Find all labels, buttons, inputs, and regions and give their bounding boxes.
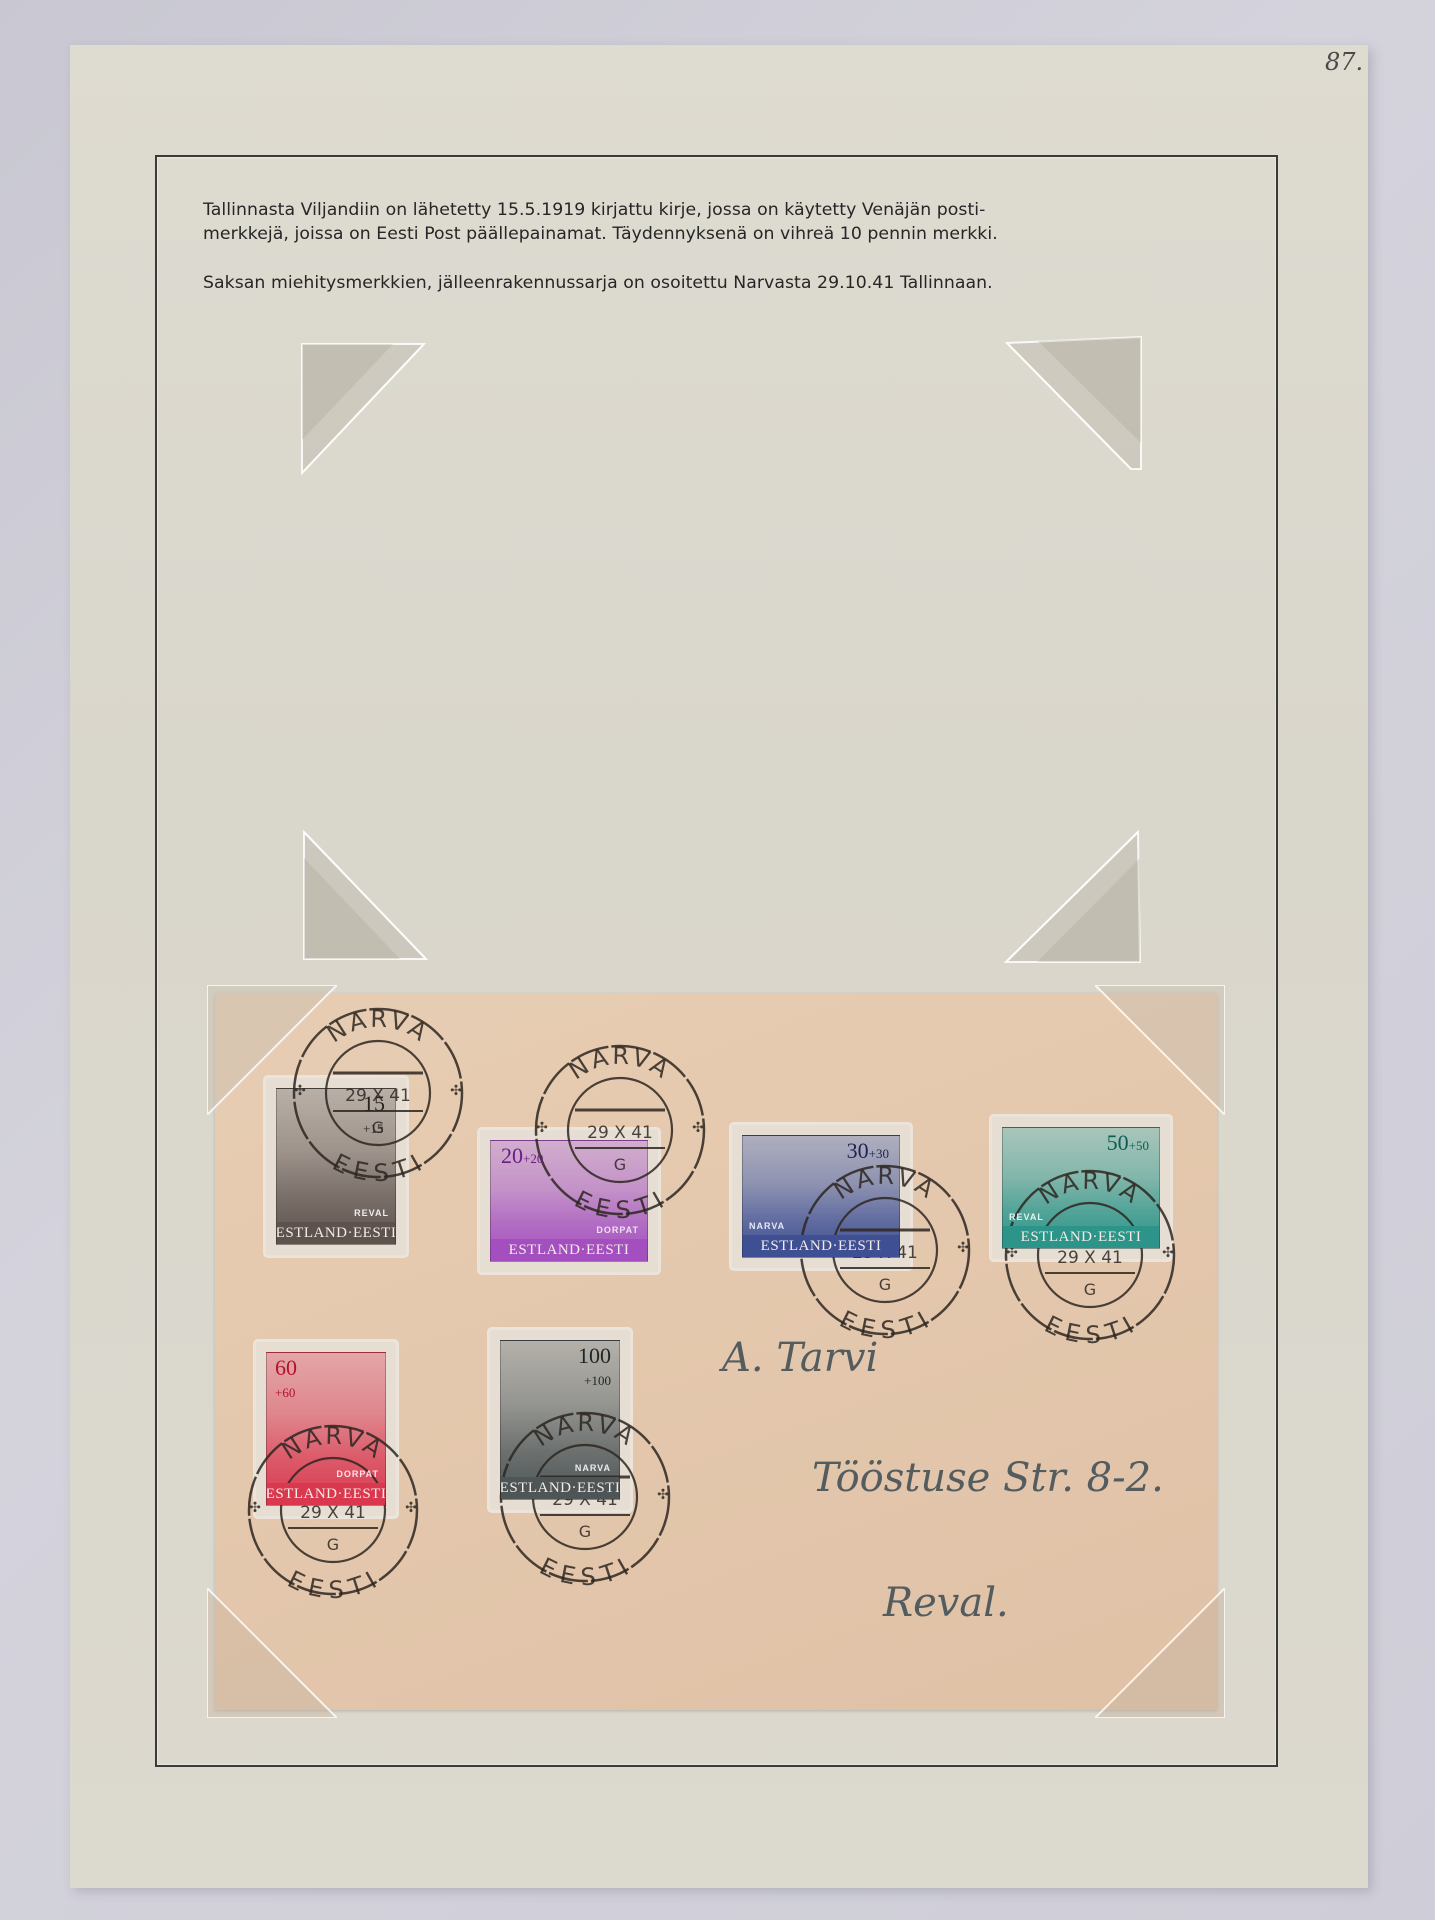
stamp-inscription: ESTLAND·EESTI bbox=[1003, 1226, 1159, 1248]
stamp-surcharge: +15 bbox=[363, 1121, 383, 1136]
stamp-face: 20+20 DORPAT ESTLAND·EESTI bbox=[490, 1140, 648, 1262]
stamp-city: DORPAT bbox=[336, 1469, 379, 1479]
photo-corner-mount-top-right bbox=[1003, 333, 1145, 473]
envelope-corner-mount-top-right bbox=[1095, 985, 1225, 1115]
stamp-city: DORPAT bbox=[596, 1225, 639, 1235]
address-street: Tööstuse Str. 8-2. bbox=[812, 1455, 1164, 1501]
description-paragraph-1: Tallinnasta Viljandiin on lähetetty 15.5… bbox=[203, 198, 1203, 246]
stamp-city: REVAL bbox=[354, 1208, 389, 1218]
stamp-value: 60 bbox=[275, 1355, 297, 1380]
description: Tallinnasta Viljandiin on lähetetty 15.5… bbox=[203, 198, 1203, 320]
stamp-value: 15 bbox=[363, 1091, 385, 1116]
stamp-face: 30+30 NARVA ESTLAND·EESTI bbox=[742, 1135, 900, 1258]
stamp-60-dorpat: 60+60 DORPAT ESTLAND·EESTI bbox=[266, 1352, 386, 1506]
stamp-value: 100 bbox=[578, 1343, 611, 1368]
stamp-inscription: ESTLAND·EESTI bbox=[743, 1235, 899, 1257]
page-number: 87. bbox=[1325, 48, 1363, 76]
stamp-surcharge: +50 bbox=[1129, 1138, 1149, 1153]
stamp-city: REVAL bbox=[1009, 1212, 1044, 1222]
stamp-value: 30 bbox=[847, 1138, 869, 1163]
stamp-face: 15+15 REVAL ESTLAND·EESTI bbox=[276, 1088, 396, 1245]
stamp-surcharge: +100 bbox=[584, 1373, 611, 1388]
stamp-50-reval: 50+50 REVAL ESTLAND·EESTI bbox=[1002, 1127, 1160, 1249]
address-city: Reval. bbox=[883, 1580, 1009, 1626]
photo-corner-mount-bottom-right bbox=[1002, 828, 1144, 966]
stamp-surcharge: +60 bbox=[275, 1385, 295, 1400]
stamp-city: NARVA bbox=[575, 1463, 611, 1473]
envelope-corner-mount-bottom-right bbox=[1095, 1588, 1225, 1718]
stamp-15-reval: 15+15 REVAL ESTLAND·EESTI bbox=[276, 1088, 396, 1245]
stamp-30-narva: 30+30 NARVA ESTLAND·EESTI bbox=[742, 1135, 900, 1258]
photo-corner-mount-bottom-left bbox=[300, 828, 430, 963]
stamp-value: 50 bbox=[1107, 1130, 1129, 1155]
address-name: A. Tarvi bbox=[722, 1335, 878, 1381]
stamp-face: 50+50 REVAL ESTLAND·EESTI bbox=[1002, 1127, 1160, 1249]
stamp-inscription: ESTLAND·EESTI bbox=[501, 1477, 619, 1499]
stamp-surcharge: +30 bbox=[869, 1146, 889, 1161]
photo-corner-mount-top-left bbox=[298, 340, 428, 477]
envelope-corner-mount-bottom-left bbox=[207, 1588, 337, 1718]
stamp-20-dorpat: 20+20 DORPAT ESTLAND·EESTI bbox=[490, 1140, 648, 1262]
description-paragraph-2: Saksan miehitysmerkkien, jälleenrakennus… bbox=[203, 271, 1203, 295]
stamp-value: 20 bbox=[501, 1143, 523, 1168]
stamp-inscription: ESTLAND·EESTI bbox=[267, 1483, 385, 1505]
stamp-face: 100+100 NARVA ESTLAND·EESTI bbox=[500, 1340, 620, 1500]
stamp-100-narva: 100+100 NARVA ESTLAND·EESTI bbox=[500, 1340, 620, 1500]
stamp-inscription: ESTLAND·EESTI bbox=[277, 1222, 395, 1244]
stamp-face: 60+60 DORPAT ESTLAND·EESTI bbox=[266, 1352, 386, 1506]
stamp-inscription: ESTLAND·EESTI bbox=[491, 1239, 647, 1261]
stamp-city: NARVA bbox=[749, 1221, 785, 1231]
stamp-surcharge: +20 bbox=[523, 1151, 543, 1166]
